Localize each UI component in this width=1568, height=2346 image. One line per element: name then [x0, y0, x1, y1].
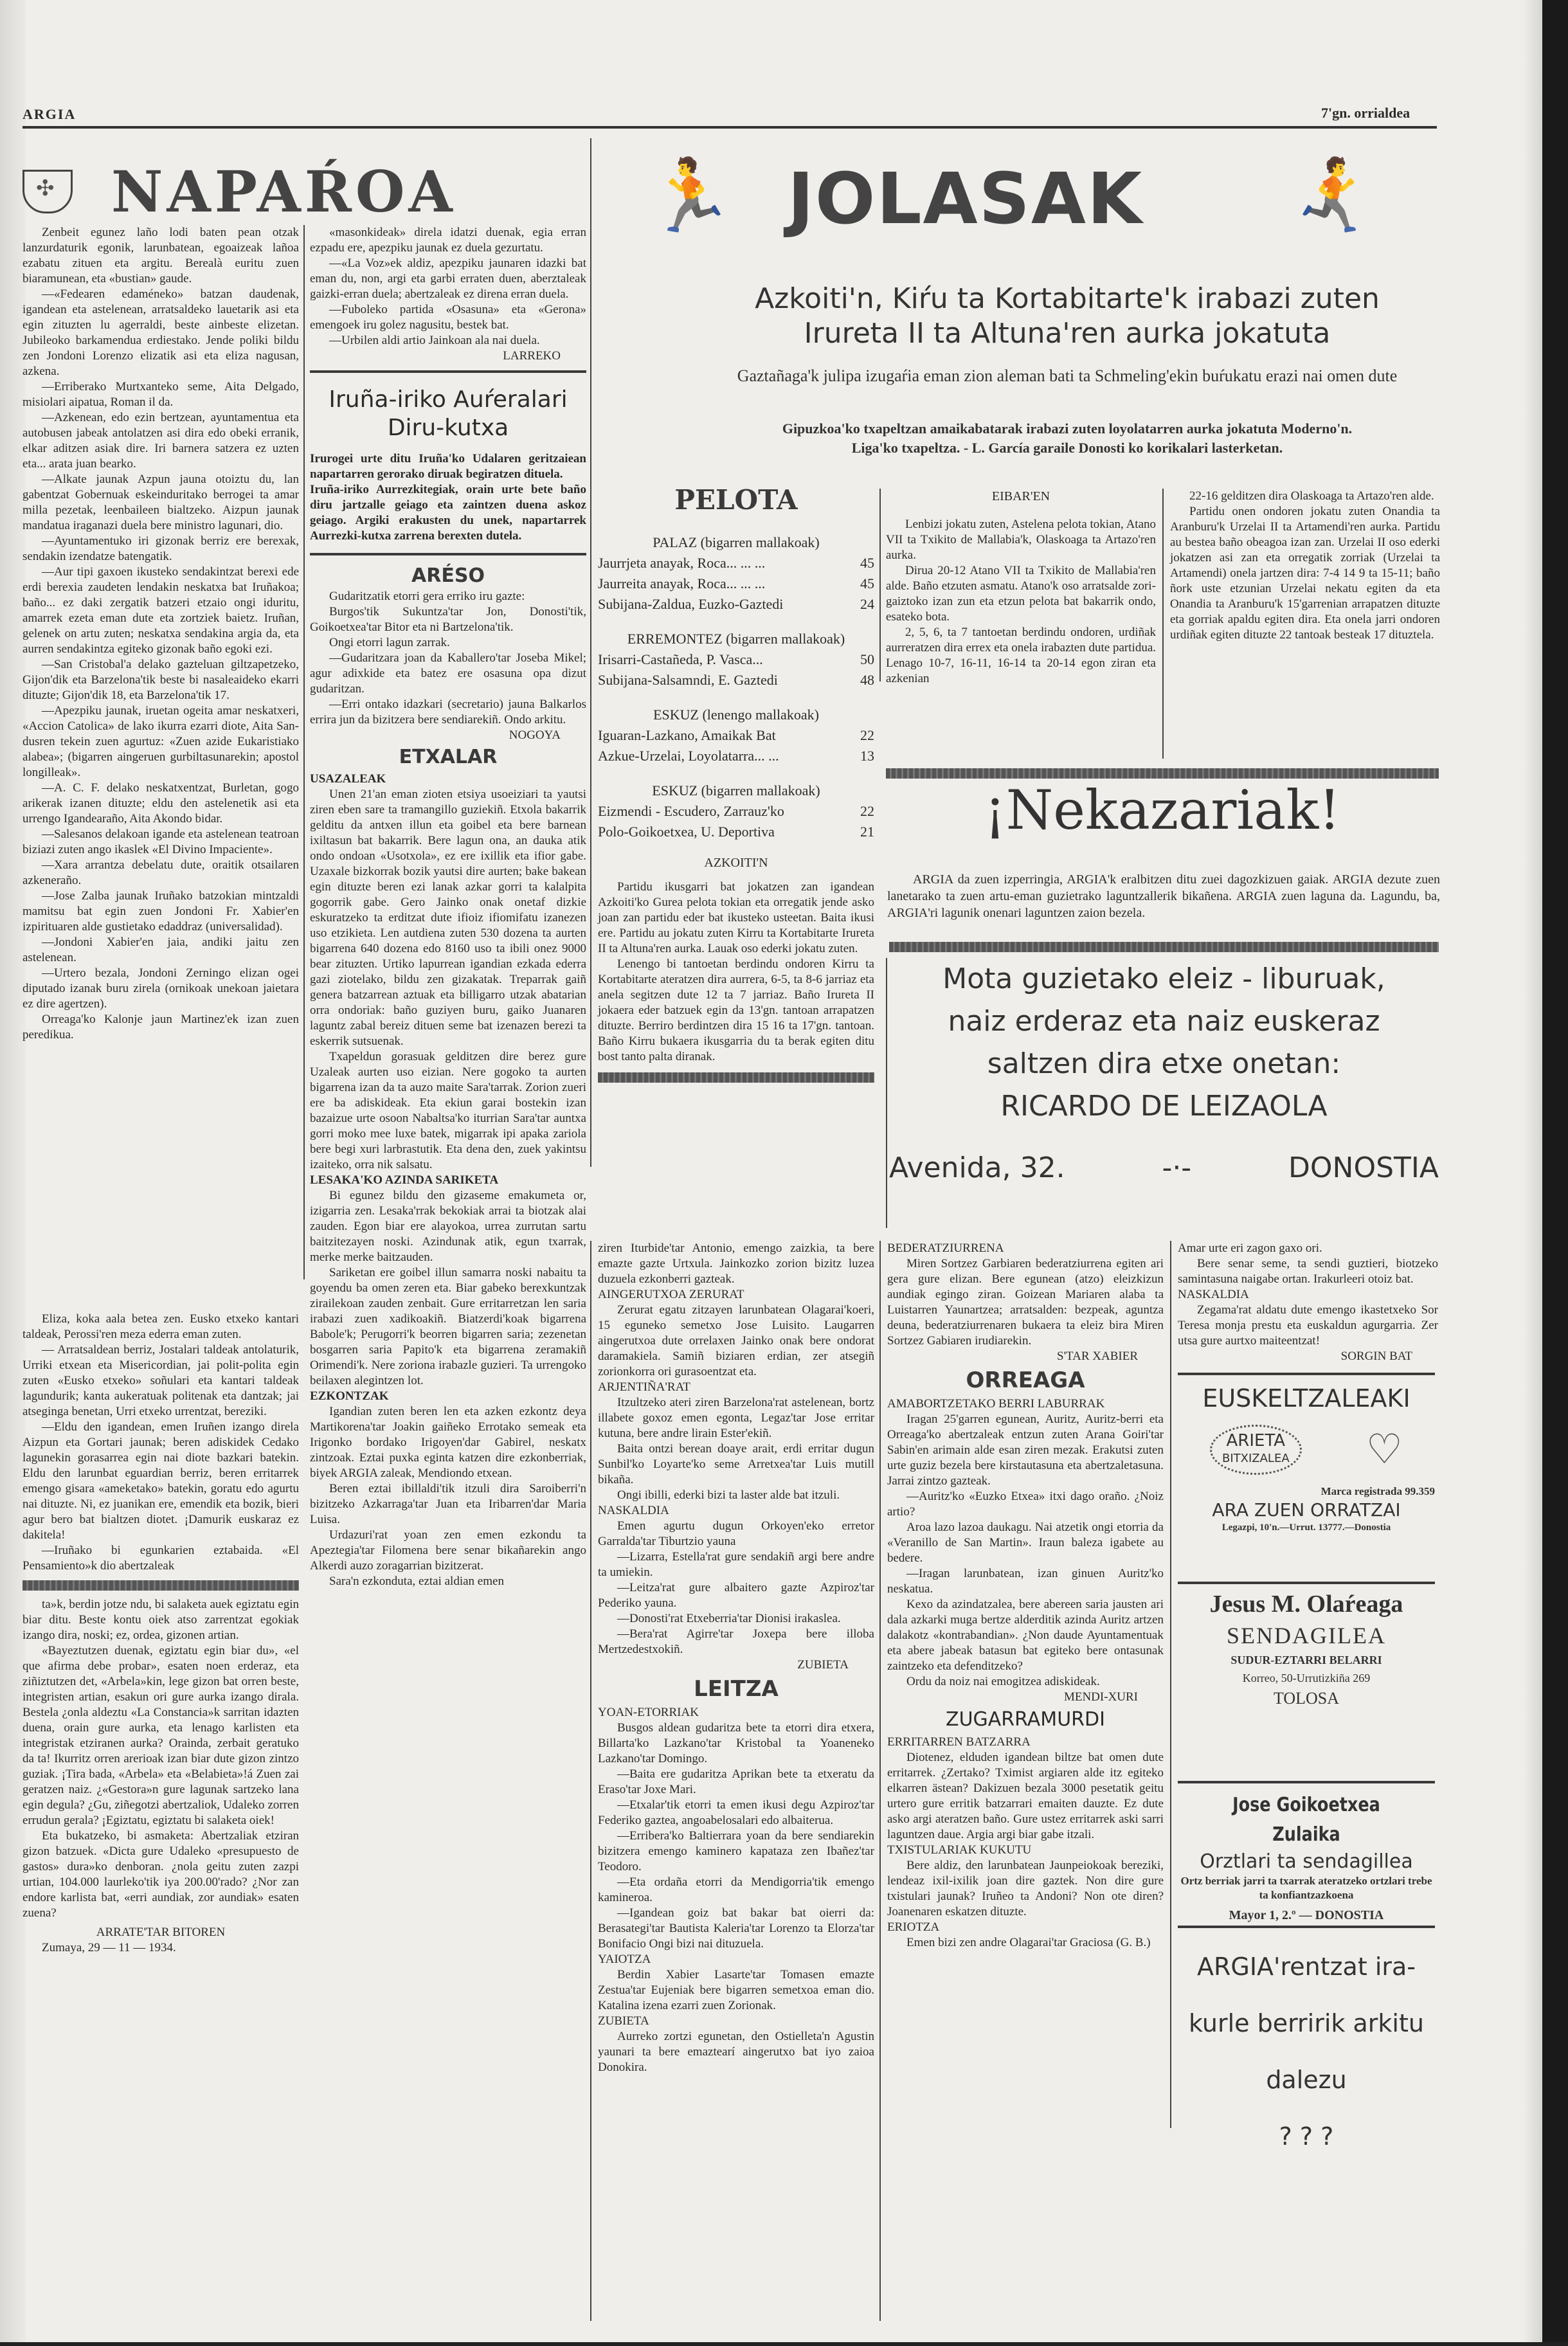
article-paragraph: —Alkate jaunak Azpun jauna otoiztu du, l… — [23, 472, 299, 534]
article-paragraph: Partidu ikusgarri bat jokatzen zan igand… — [598, 880, 874, 957]
page-bottom-edge — [0, 2342, 1568, 2346]
article-paragraph: —Iruñako bi egunkarien eztabaida. «El Pe… — [23, 1543, 299, 1574]
section-title-naparoa: NAPAŔOA — [111, 158, 456, 225]
article-paragraph: Ordu da noiz nai emogitzea adiskideak. — [887, 1674, 1164, 1690]
article-paragraph: —Erriberako Murtxanteko seme, Aita Delga… — [23, 379, 299, 410]
article-paragraph: Bere senar seme, ta sendi guztieri, biot… — [1178, 1256, 1438, 1287]
column-divider — [1170, 1241, 1171, 2128]
article-paragraph: Sariketan ere goibel illun samarra noski… — [310, 1265, 586, 1389]
column-divider — [879, 1241, 881, 2321]
article-paragraph: —Leitza'rat gure albaitero gazte Azpiroz… — [598, 1580, 874, 1611]
article-paragraph: Partidu onen ondoren jokatu zuten Onandi… — [1170, 504, 1440, 643]
subhead: BEDERATZIURRENA — [887, 1241, 1164, 1256]
article-paragraph: —Apezpiku jaunak, iruetan ogeita amar ne… — [23, 703, 299, 780]
team-name: Irisarri-Castañeda, P. Vasca... — [598, 649, 763, 670]
score-row: Subijana-Zaldua, Euzko-Gaztedi24 — [598, 594, 874, 615]
column-divider — [879, 489, 881, 681]
article-paragraph: Unen 21'an eman zioten etsiya usoeiziari… — [310, 787, 586, 1049]
score-value: 48 — [860, 670, 874, 690]
article-paragraph: ziren Iturbide'tar Antonio, emengo zaizk… — [598, 1241, 874, 1287]
byline-xabier: S'TAR XABIER — [887, 1349, 1164, 1364]
article-paragraph: —Iragan larunbatean, izan ginuen Auritz'… — [887, 1566, 1164, 1597]
score-row: Subijana-Salsamndi, E. Gaztedi48 — [598, 670, 874, 690]
article-paragraph: Lenengo bi tantoetan berdindu ondoren Ki… — [598, 957, 874, 1065]
jolasak-summary: Gipuzkoa'ko txapeltzan amaikabatarak ira… — [601, 419, 1533, 458]
article-paragraph: Beren eztai ibillaldi'tik itzuli dira Sa… — [310, 1481, 586, 1528]
column-divider — [1162, 489, 1164, 759]
article-paragraph: Lenbizi jokatu zuten, Astelena pelota to… — [886, 517, 1156, 563]
ad-border — [886, 958, 887, 1228]
argia-subscribe-ad: ARGIA'rentzat ira- kurle berririk arkitu… — [1178, 1938, 1435, 2165]
byline-nogoya: NOGOYA — [310, 728, 586, 743]
article-paragraph: «masonkideak» direla idatzi duenak, egia… — [310, 225, 586, 256]
score-row: Irisarri-Castañeda, P. Vasca...50 — [598, 649, 874, 670]
far-right-column: Amar urte eri zagon gaxo ori. Bere senar… — [1178, 1241, 1438, 1364]
section-title-pelota: PELOTA — [598, 482, 874, 518]
article-paragraph: Itzultzeko ateri ziren Barzelona'rat ast… — [598, 1395, 874, 1441]
article-paragraph: —Salesanos delakoan igande eta astelenea… — [23, 827, 299, 858]
subhead: AINGERUTXOA ZERURAT — [598, 1287, 874, 1303]
article-paragraph: Orreaga'ko Kalonje jaun Martinez'ek izan… — [23, 1012, 299, 1043]
article-paragraph: —Eldu den igandean, emen Iruñen izango d… — [23, 1420, 299, 1543]
naparoa-masthead: NAPAŔOA — [23, 166, 588, 217]
section-title-jolasak: JOLASAK — [788, 158, 1143, 240]
article-paragraph: —Urbilen aldi artio Jainkoan ala nai due… — [310, 333, 586, 348]
article-paragraph: Busgos aldean gudaritza bete ta etorri d… — [598, 1720, 874, 1767]
article-paragraph: —A. C. F. delako neskatxentzat, Burletan… — [23, 780, 299, 827]
article-paragraph: —Auritz'ko «Euzko Etxea» itxi dago oraño… — [887, 1489, 1164, 1520]
article-paragraph: —Aur tipi gaxoen ikusteko sendakintzat b… — [23, 564, 299, 657]
article-paragraph: Igandian zuten beren len eta azken ezkon… — [310, 1404, 586, 1481]
eibar-column-1: EIBAR'EN Lenbizi jokatu zuten, Astelena … — [886, 489, 1156, 687]
article-paragraph: Bere aldiz, den larunbatean Jaunpeiokoak… — [887, 1858, 1164, 1920]
score-value: 24 — [860, 594, 874, 615]
article-paragraph: Emen bizi zen andre Olagarai'tar Gracios… — [887, 1935, 1164, 1951]
article-paragraph: Berdin Xabier Lasarte'tar Tomasen emazte… — [598, 1967, 874, 2014]
article-paragraph: —Baita ere gudaritza Aprikan bete ta etx… — [598, 1767, 874, 1798]
article-paragraph: 2, 5, 6, ta 7 tantoetan berdindu ondoren… — [886, 625, 1156, 687]
article-paragraph: Emen agurtu dugun Orkoyen'eko erretor Ga… — [598, 1519, 874, 1549]
section-rule — [23, 1580, 299, 1591]
article-paragraph: Ongi etorri lagun zarrak. — [310, 635, 586, 651]
article-paragraph: Gudaritzatik etorri gera erriko iru gazt… — [310, 589, 586, 604]
olareaga-ad: Jesus M. Olaŕeaga SENDAGILEA SUDUR-EZTAR… — [1178, 1588, 1435, 1710]
column-divider — [590, 1241, 591, 2321]
score-row: Polo-Goikoetxea, U. Deportiva21 — [598, 822, 874, 842]
article-paragraph: —Gudaritzara joan da Kaballero'tar Joseb… — [310, 651, 586, 697]
subhead: AMABORTZETAKO BERRI LABURRAK — [887, 1396, 1164, 1412]
team-name: Jaurrjeta anayak, Roca... ... ... — [598, 553, 765, 573]
article-paragraph: Eta bukatzeko, bi asmaketa: Abertzaliak … — [23, 1828, 299, 1921]
article-paragraph: «Bayeztutzen duenak, egiztatu egin biar … — [23, 1643, 299, 1828]
team-name: Iguaran-Lazkano, Amaikak Bat — [598, 725, 776, 746]
score-value: 22 — [860, 725, 874, 746]
ad-rule — [1178, 1781, 1435, 1783]
section-title-azkoitin: AZKOITI'N — [598, 855, 874, 871]
heart-logo-icon: ♡ — [1366, 1426, 1403, 1474]
article-paragraph: ta»k, berdin jotze ndu, bi salaketa auek… — [23, 1597, 299, 1643]
byline-larreko: LARREKO — [310, 348, 586, 364]
column-divider — [590, 138, 591, 1167]
article-paragraph: Bi egunez bildu den gizaseme emakumeta o… — [310, 1188, 586, 1265]
article-paragraph: —Lizarra, Estella'rat gure sendakiñ argi… — [598, 1549, 874, 1580]
subhead: NASKALDIA — [598, 1503, 874, 1519]
subhead: YAIOTZA — [598, 1952, 874, 1967]
mid-lower-column: ziren Iturbide'tar Antonio, emengo zaizk… — [598, 1241, 874, 2075]
article-paragraph: Zerurat egatu zitzayen larunbatean Olaga… — [598, 1303, 874, 1380]
team-name: Azkue-Urzelai, Loyolatarra... ... — [598, 746, 779, 766]
euskeltzale-ad: EUSKELTZALEAKI ARIETA BITXIZALEA ♡ Marca… — [1178, 1382, 1435, 1533]
article-paragraph: — Arratsaldean berriz, Jostalari taldeak… — [23, 1342, 299, 1420]
pelota-group-heading: ERREMONTEZ (bigarren mallakoak) — [598, 629, 874, 649]
naparoa-column-2: «masonkideak» direla idatzi duenak, egia… — [310, 225, 586, 1589]
ad-rule — [1178, 1582, 1435, 1584]
article-paragraph: Aurreko zortzi egunetan, den Ostielleta'… — [598, 2029, 874, 2075]
score-row: Iguaran-Lazkano, Amaikak Bat22 — [598, 725, 874, 746]
scan-background — [1542, 0, 1568, 2346]
jolasak-masthead: 🏃 JOLASAK 🏃 — [595, 158, 1533, 248]
iruna-lead: Irurogei urte ditu Iruña'ko Udalaren ger… — [310, 451, 586, 482]
score-value: 22 — [860, 801, 874, 822]
dateline: Zumaya, 29 — 11 — 1934. — [23, 1940, 299, 1956]
right-lower-column: BEDERATZIURRENA Miren Sortzez Garbiaren … — [887, 1241, 1164, 1951]
naparoa-column-1: Zenbeit egunez laño lodi baten pean otza… — [23, 225, 299, 1043]
article-paragraph: Kexo da azindatzalea, bere abereen saria… — [887, 1597, 1164, 1674]
article-paragraph: Miren Sortzez Garbiaren bederatziurrena … — [887, 1256, 1164, 1349]
byline-arrate: ARRATE'TAR BITOREN — [23, 1925, 299, 1940]
subhead-usazaleak: USAZALEAK — [310, 771, 586, 787]
section-rule — [310, 553, 586, 555]
nekazariak-body: ARGIA da zuen izperringia, ARGIA'k eralb… — [887, 871, 1440, 921]
jolasak-subheadline: Gaztañaga'k julipa izugaŕia eman zion al… — [601, 365, 1533, 387]
article-paragraph: —Jose Zalba jaunak Iruñako batzokian min… — [23, 889, 299, 935]
navarre-shield-icon — [23, 170, 73, 213]
article-paragraph: 22-16 gelditzen dira Olaskoaga ta Artazo… — [1170, 489, 1440, 504]
team-name: Subijana-Zaldua, Euzko-Gaztedi — [598, 594, 783, 615]
pelota-column: PELOTA PALAZ (bigarren mallakoak)Jaurrje… — [598, 482, 874, 1090]
article-paragraph: —Bera'rat Agirre'tar Joxepa bere illoba … — [598, 1627, 874, 1657]
team-name: Polo-Goikoetxea, U. Deportiva — [598, 822, 775, 842]
article-paragraph: —Eta ordaña etorri da Mendigorria'tik em… — [598, 1875, 874, 1906]
subhead-lesaka: LESAKA'KO AZINDA SARIKETA — [310, 1173, 586, 1188]
goikoetxea-ad: Jose Goikoetxea Zulaika Orztlari ta send… — [1178, 1791, 1435, 1928]
byline-mendi-xuri: MENDI-XURI — [887, 1690, 1164, 1705]
article-paragraph: —Etxalar'tik etorri ta emen ikusi degu A… — [598, 1798, 874, 1828]
page-binding — [0, 0, 26, 2346]
article-paragraph: —Erri ontako idazkari (secretario) jauna… — [310, 697, 586, 728]
iruna-body: Iruña-iriko Aurrezkitegiak, orain urte b… — [310, 482, 586, 544]
subhead: ARJENTIÑA'RAT — [598, 1380, 874, 1395]
score-value: 21 — [860, 822, 874, 842]
subhead-ezkontzak: EZKONTZAK — [310, 1389, 586, 1404]
leizaola-ad: Mota guzietako eleiz - liburuak, naiz er… — [889, 958, 1439, 1189]
article-paragraph: —Igandean goiz bat bakar bat oierri da: … — [598, 1906, 874, 1952]
team-name: Jaurreita anayak, Roca... ... ... — [598, 573, 765, 594]
section-title-orreaga: ORREAGA — [887, 1364, 1164, 1396]
article-paragraph: —«La Voz»ek aldiz, apezpiku jaunaren ida… — [310, 256, 586, 302]
score-value: 50 — [860, 649, 874, 670]
section-title-etxalar: ETXALAR — [310, 743, 586, 771]
column-divider — [303, 225, 305, 1279]
team-name: Subijana-Salsamndi, E. Gaztedi — [598, 670, 778, 690]
score-row: Eizmendi - Escudero, Zarrauz'ko22 — [598, 801, 874, 822]
eibar-column-2: 22-16 gelditzen dira Olaskoaga ta Artazo… — [1170, 489, 1440, 643]
nekazariak-headline: ¡Nekazariak! — [886, 778, 1439, 842]
article-paragraph: Txapeldun gorasuak gelditzen dire berez … — [310, 1049, 586, 1173]
ad-rule — [1178, 1926, 1435, 1928]
section-title-areso: ARÉSO — [310, 563, 586, 589]
article-paragraph: —Fuboleko partida «Osasuna» eta «Gerona»… — [310, 302, 586, 333]
pelota-group-heading: ESKUZ (bigarren mallakoak) — [598, 780, 874, 801]
score-row: Azkue-Urzelai, Loyolatarra... ...13 — [598, 746, 874, 766]
article-paragraph: —Azkenean, edo ezin bertzean, ayuntament… — [23, 410, 299, 472]
article-paragraph: Amar urte eri zagon gaxo ori. — [1178, 1241, 1438, 1256]
article-paragraph: —Erribera'ko Baltierrara yoan da bere se… — [598, 1828, 874, 1875]
article-paragraph: —«Fedearen edaméneko» batzan daudenak, i… — [23, 287, 299, 379]
subhead: ERIOTZA — [887, 1920, 1164, 1935]
paper-name: ARGIA — [23, 106, 76, 123]
score-row: Jaurrjeta anayak, Roca... ... ...45 — [598, 553, 874, 573]
arieta-logo: ARIETA BITXIZALEA — [1210, 1425, 1302, 1475]
ad-rule — [1178, 1373, 1435, 1375]
article-paragraph: Eliza, koka aala betea zen. Eusko etxeko… — [23, 1312, 299, 1342]
article-paragraph: Burgos'tik Sukuntza'tar Jon, Donosti'tik… — [310, 604, 586, 635]
article-paragraph: Urdazuri'rat yoan zen emen ezkondu ta Ap… — [310, 1528, 586, 1574]
section-rule — [886, 768, 1439, 779]
section-rule — [310, 370, 586, 373]
subhead: TXISTULARIAK KUKUTU — [887, 1843, 1164, 1858]
article-paragraph: —San Cristobal'a delako gazteluan giltza… — [23, 657, 299, 703]
ad-logos: ARIETA BITXIZALEA ♡ — [1178, 1414, 1435, 1485]
article-paragraph: Zenbeit egunez laño lodi baten pean otza… — [23, 225, 299, 287]
score-value: 45 — [860, 553, 874, 573]
jolasak-headline: Azkoiti'n, Kiŕu ta Kortabitarte'k irabaz… — [598, 282, 1536, 351]
leizaola-address: Avenida, 32. -·- DONOSTIA — [889, 1147, 1439, 1189]
section-rule — [598, 1072, 874, 1083]
runner-icon: 🏃 — [1289, 154, 1377, 237]
ad-rule — [889, 942, 1439, 952]
score-row: Jaurreita anayak, Roca... ... ...45 — [598, 573, 874, 594]
article-paragraph: Diotenez, elduden igandean biltze bat om… — [887, 1750, 1164, 1843]
byline-zubieta: ZUBIETA — [598, 1657, 874, 1673]
article-paragraph: —Donosti'rat Etxeberria'tar Dionisi irak… — [598, 1611, 874, 1627]
pelota-group-heading: PALAZ (bigarren mallakoak) — [598, 532, 874, 553]
section-title-eibar: EIBAR'EN — [886, 489, 1156, 504]
subhead: ERRITARREN BATZARRA — [887, 1735, 1164, 1750]
team-name: Eizmendi - Escudero, Zarrauz'ko — [598, 801, 784, 822]
article-paragraph: —Jondoni Xabier'en jaia, andiki jaitu ze… — [23, 935, 299, 966]
section-title-zugarramurdi: ZUGARRAMURDI — [887, 1705, 1164, 1735]
article-paragraph: —Ayuntamentuko iri gizonak berriz ere be… — [23, 534, 299, 564]
article-paragraph: Ongi ibilli, ederki bizi ta laster alde … — [598, 1488, 874, 1503]
byline-sorgin: SORGIN BAT — [1178, 1349, 1438, 1364]
article-paragraph: Dirua 20-12 Atano VII ta Txikito de Mall… — [886, 563, 1156, 625]
article-paragraph: Iragan 25'garren egunean, Auritz, Auritz… — [887, 1412, 1164, 1489]
pelota-group-heading: ESKUZ (lenengo mallakoak) — [598, 705, 874, 725]
subhead: YOAN-ETORRIAK — [598, 1705, 874, 1720]
page-number: 7'gn. orrialdea — [1321, 105, 1410, 122]
runner-icon: 🏃 — [646, 154, 734, 237]
article-paragraph: Zegama'rat aldatu dute emengo ikastetxek… — [1178, 1303, 1438, 1349]
score-value: 13 — [860, 746, 874, 766]
section-title-leitza: LEITZA — [598, 1673, 874, 1705]
left-lower-column: Eliza, koka aala betea zen. Eusko etxeko… — [23, 1312, 299, 1956]
article-paragraph: Baita ontzi berean doaye arait, erdi err… — [598, 1441, 874, 1488]
page-edge-shadow — [1523, 0, 1542, 2346]
article-paragraph: Aroa lazo lazoa daukagu. Nai atzetik ong… — [887, 1520, 1164, 1566]
header-rule — [23, 126, 1437, 129]
subhead: ZUBIETA — [598, 2014, 874, 2029]
article-paragraph: —Xara arrantza debelatu dute, oraitik ot… — [23, 858, 299, 889]
article-paragraph: —Urtero bezala, Jondoni Zerningo elizan … — [23, 966, 299, 1012]
score-value: 45 — [860, 573, 874, 594]
subhead: NASKALDIA — [1178, 1287, 1438, 1303]
iruna-headline: Iruña-iriko Auŕeralari Diru-kutxa — [310, 386, 586, 442]
article-paragraph: ARGIA da zuen izperringia, ARGIA'k eralb… — [887, 871, 1440, 921]
article-paragraph: Sara'n ezkonduta, eztai aldian emen — [310, 1574, 586, 1589]
